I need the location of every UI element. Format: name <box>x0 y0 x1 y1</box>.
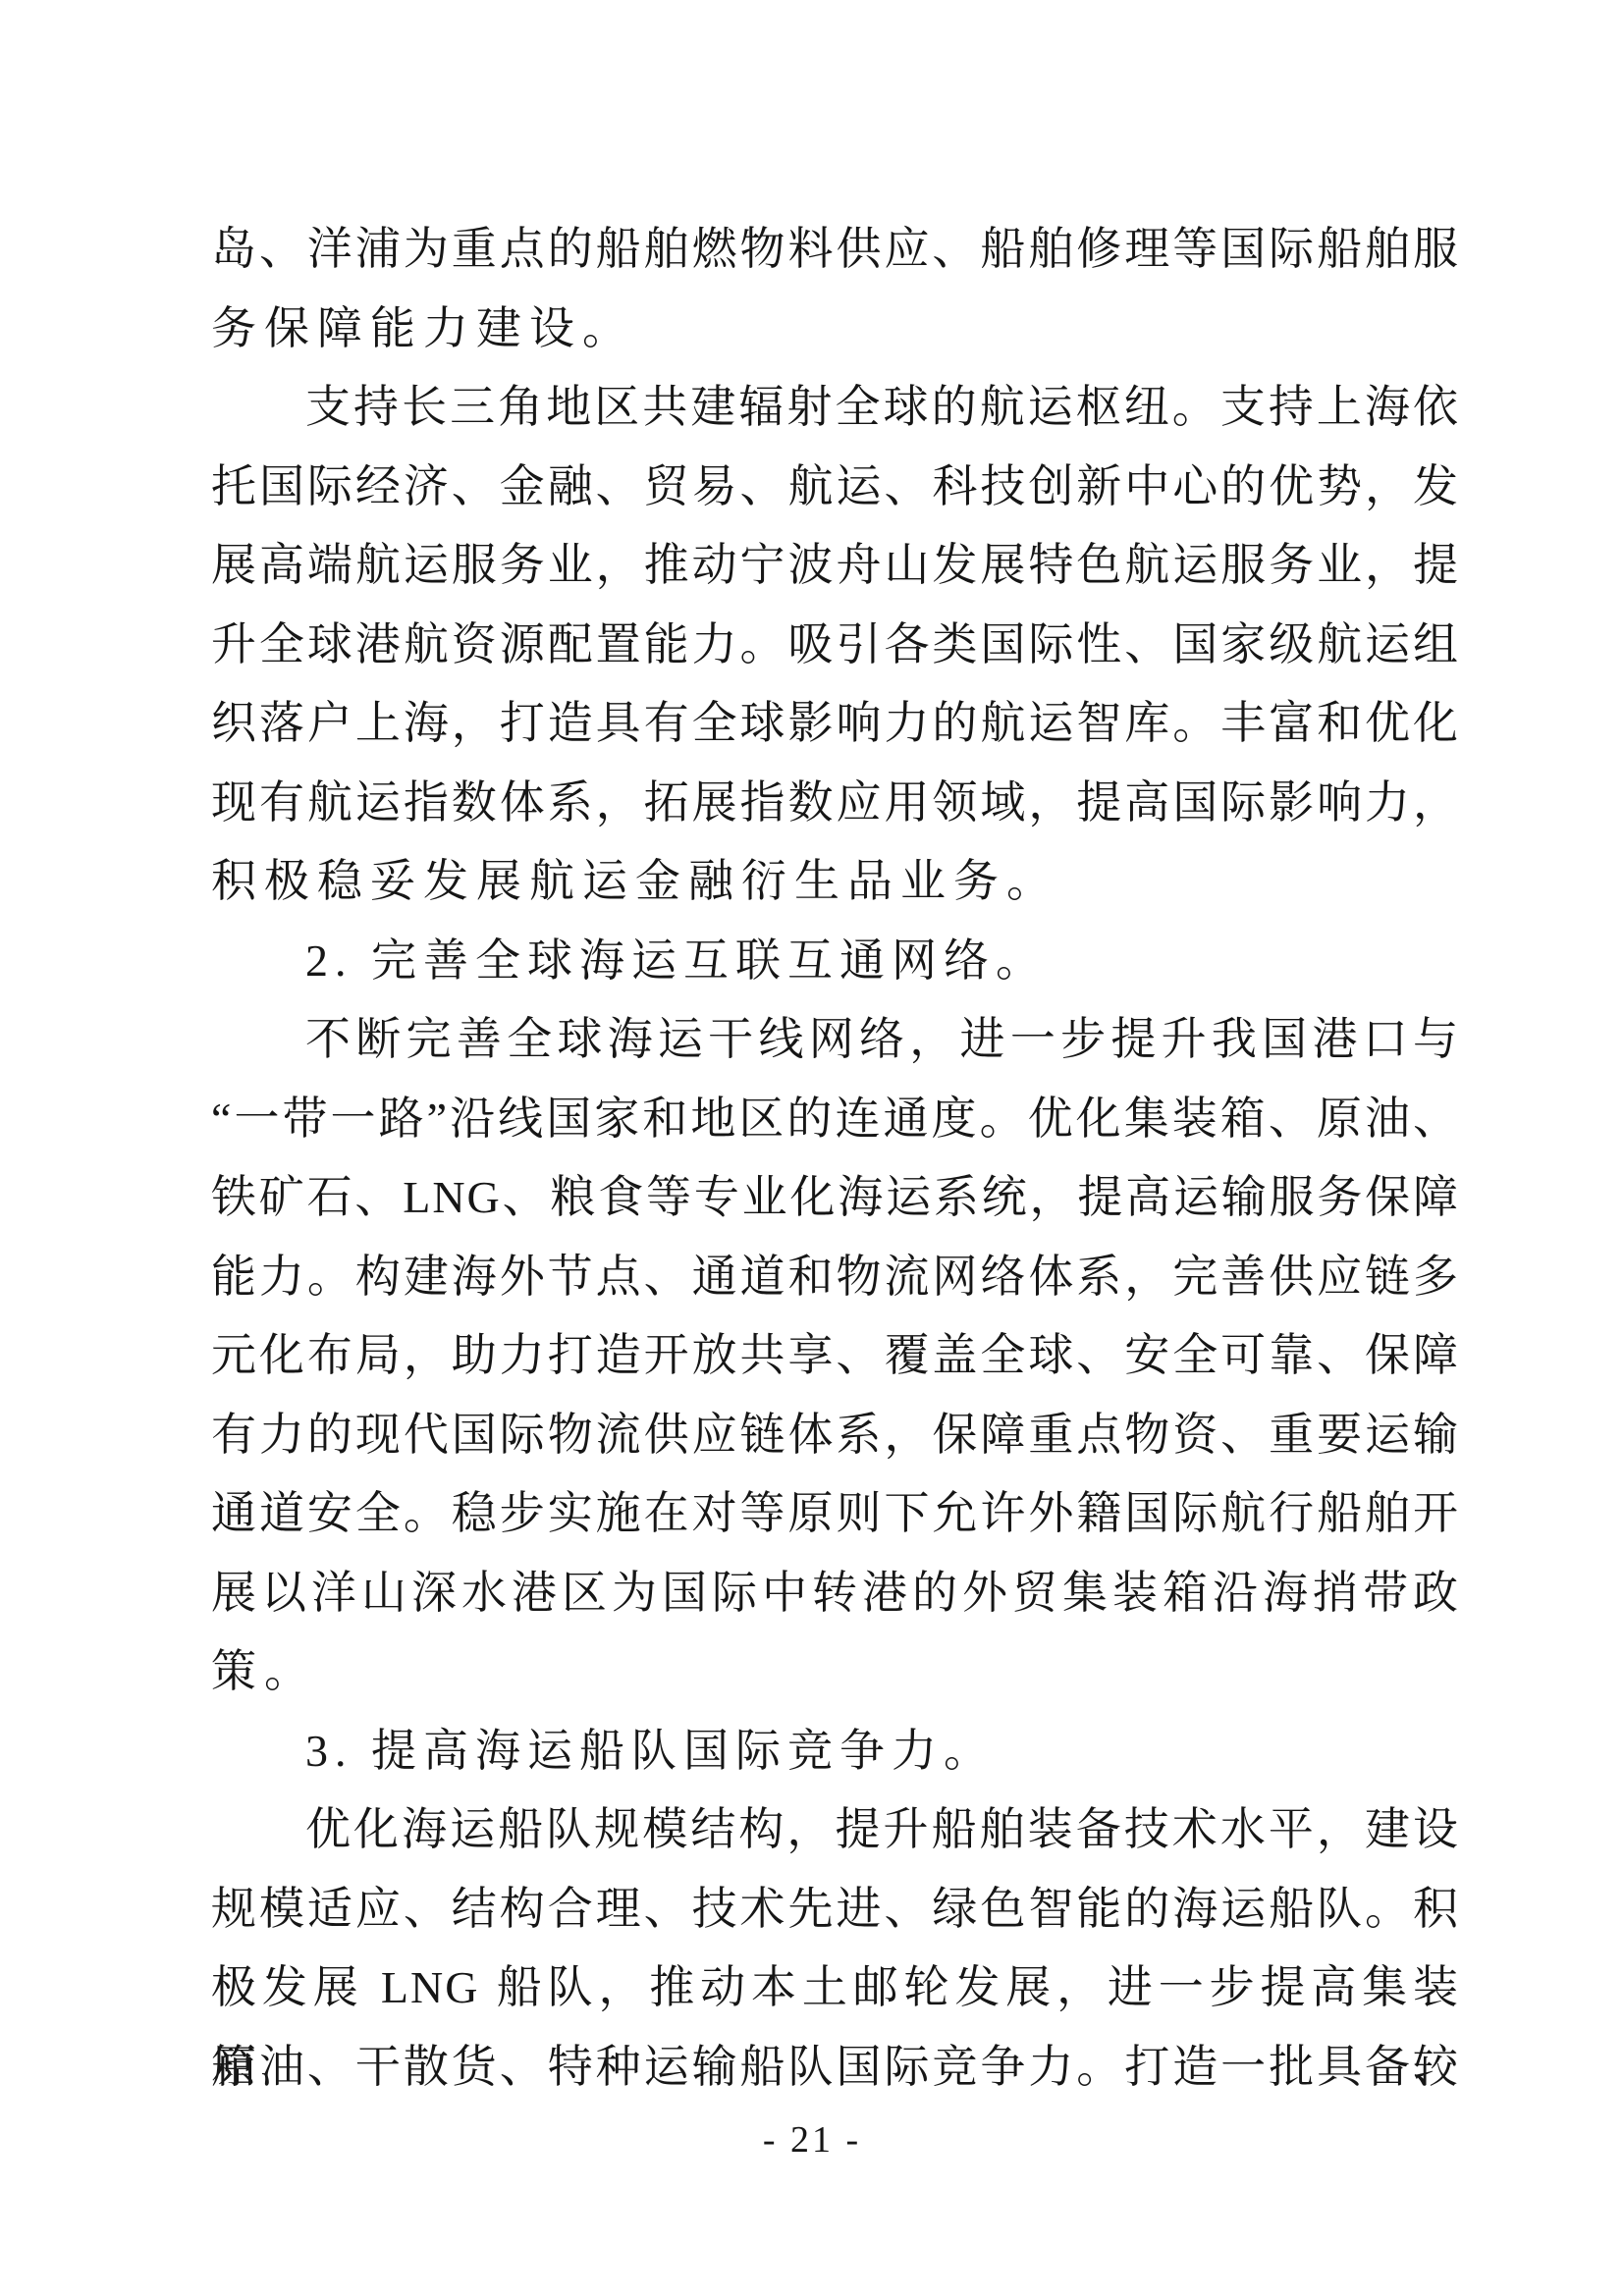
text-line: 通道安全。稳步实施在对等原则下允许外籍国际航行船舶开 <box>211 1474 1460 1554</box>
page-number: - 21 - <box>0 2118 1624 2162</box>
text-line: 不断完善全球海运干线网络，进一步提升我国港口与 <box>211 1000 1460 1080</box>
text-line: 元化布局，助力打造开放共享、覆盖全球、安全可靠、保障 <box>211 1316 1460 1396</box>
text-line: 能力。构建海外节点、通道和物流网络体系，完善供应链多 <box>211 1238 1460 1317</box>
text-line: 积极稳妥发展航运金融衍生品业务。 <box>211 842 1460 922</box>
text-line: 升全球港航资源配置能力。吸引各类国际性、国家级航运组 <box>211 606 1460 685</box>
text-line: 有力的现代国际物流供应链体系，保障重点物资、重要运输 <box>211 1396 1460 1475</box>
text-line: 规模适应、结构合理、技术先进、绿色智能的海运船队。积 <box>211 1870 1460 1949</box>
text-line: 原油、干散货、特种运输船队国际竞争力。打造一批具备较 <box>211 2028 1460 2108</box>
document-page: 岛、洋浦为重点的船舶燃物料供应、船舶修理等国际船舶服 务保障能力建设。 支持长三… <box>0 0 1624 2296</box>
text-block: 岛、洋浦为重点的船舶燃物料供应、船舶修理等国际船舶服 务保障能力建设。 支持长三… <box>211 210 1460 2107</box>
text-line: 极发展 LNG 船队，推动本土邮轮发展，进一步提高集装箱、 <box>211 1949 1460 2028</box>
text-line: 铁矿石、LNG、粮食等专业化海运系统，提高运输服务保障 <box>211 1158 1460 1238</box>
text-line: 优化海运船队规模结构，提升船舶装备技术水平，建设 <box>211 1790 1460 1870</box>
section-heading: 3. 提高海运船队国际竞争力。 <box>211 1712 1460 1791</box>
text-line: 现有航运指数体系，拓展指数应用领域，提高国际影响力， <box>211 764 1460 843</box>
text-line: 务保障能力建设。 <box>211 290 1460 369</box>
text-line: 岛、洋浦为重点的船舶燃物料供应、船舶修理等国际船舶服 <box>211 210 1460 290</box>
text-line: 策。 <box>211 1632 1460 1712</box>
text-line: 展以洋山深水港区为国际中转港的外贸集装箱沿海捎带政 <box>211 1554 1460 1633</box>
text-line: 展高端航运服务业，推动宁波舟山发展特色航运服务业，提 <box>211 526 1460 606</box>
text-line: 托国际经济、金融、贸易、航运、科技创新中心的优势，发 <box>211 448 1460 527</box>
section-heading: 2. 完善全球海运互联互通网络。 <box>211 922 1460 1001</box>
text-line: 支持长三角地区共建辐射全球的航运枢纽。支持上海依 <box>211 368 1460 448</box>
text-line: 织落户上海，打造具有全球影响力的航运智库。丰富和优化 <box>211 684 1460 764</box>
text-line: “一带一路”沿线国家和地区的连通度。优化集装箱、原油、 <box>211 1080 1460 1159</box>
